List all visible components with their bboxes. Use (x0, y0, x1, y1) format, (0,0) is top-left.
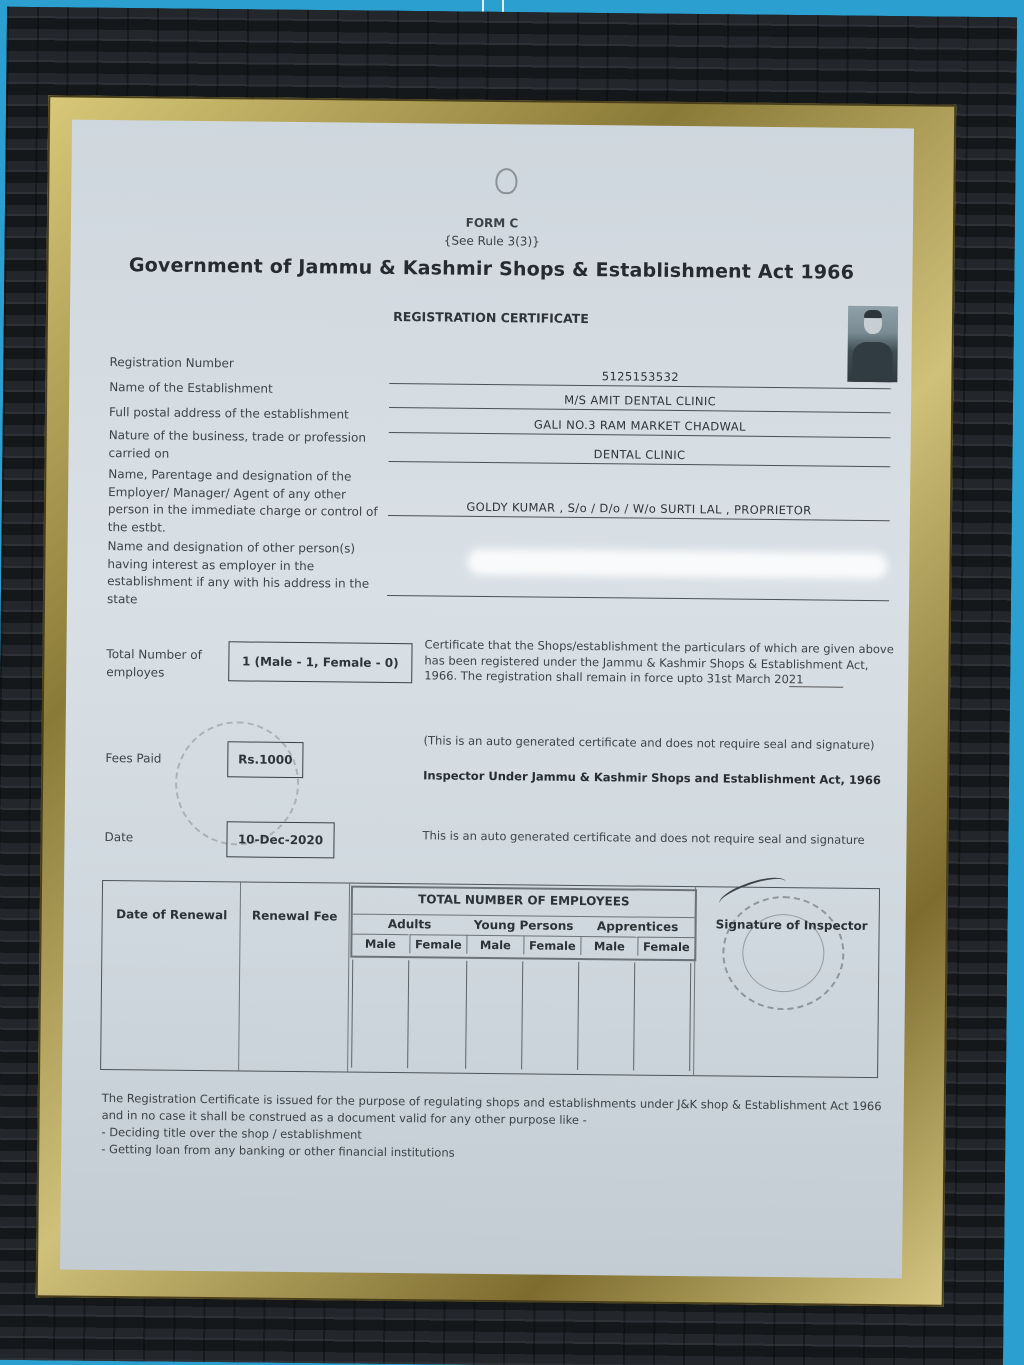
employees-count: 1 (Male - 1, Female - 0) (228, 641, 412, 683)
header-adults-male: Male (352, 934, 408, 954)
fees-label: Fees Paid (105, 750, 161, 768)
header-date-of-renewal: Date of Renewal (107, 907, 237, 922)
field-value-employer-details: GOLDY KUMAR , S/o / D/o / W/o SURTI LAL … (388, 499, 890, 521)
header-total-employees: TOTAL NUMBER OF EMPLOYEES (353, 892, 695, 910)
field-label-establishment-name: Name of the Establishment (109, 379, 369, 399)
field-value-nature-of-business: DENTAL CLINIC (388, 445, 890, 467)
certificate-title: Government of Jammu & Kashmir Shops & Es… (70, 254, 912, 285)
inspector-seal-stamp (722, 895, 845, 1010)
registration-certificate: FORM C {See Rule 3(3)} Government of Jam… (60, 120, 914, 1279)
date-label: Date (104, 829, 133, 847)
certificate-disclaimer: The Registration Certificate is issued f… (101, 1090, 882, 1166)
field-label-other-persons: Name and designation of other person(s) … (107, 538, 386, 611)
employees-header-block: TOTAL NUMBER OF EMPLOYEES Adults Young P… (350, 886, 697, 962)
proprietor-photo (847, 306, 898, 383)
field-value-other-persons (387, 579, 889, 601)
fees-value: Rs.1000 (227, 741, 303, 778)
inspector-designation: Inspector Under Jammu & Kashmir Shops an… (423, 768, 893, 788)
header-renewal-fee: Renewal Fee (243, 908, 347, 923)
certificate-subtitle: REGISTRATION CERTIFICATE (70, 306, 912, 330)
header-apprentices-male: Male (580, 936, 637, 956)
field-label-registration-number: Registration Number (109, 354, 369, 374)
header-apprentices-female: Female (637, 937, 694, 957)
header-young-male: Male (466, 935, 523, 955)
header-adults: Adults (353, 914, 467, 932)
renewal-table: Date of Renewal Renewal Fee TOTAL NUMBER… (100, 880, 880, 1078)
auto-generated-note-2: This is an auto generated certificate an… (422, 828, 892, 848)
field-value-postal-address: GALI NO.3 RAM MARKET CHADWAL (389, 416, 891, 438)
date-value: 10-Dec-2020 (226, 821, 334, 858)
header-young-persons: Young Persons (467, 915, 581, 933)
header-signature-of-inspector: Signature of Inspector (707, 917, 877, 933)
field-label-employer-details: Name, Parentage and designation of the E… (108, 466, 384, 539)
glass-glare (467, 549, 887, 579)
certification-text: Certificate that the Shops/establishment… (424, 637, 894, 688)
header-young-female: Female (523, 935, 580, 955)
employees-label: Total Number of employes (106, 646, 216, 682)
field-value-registration-number: 5125153532 (389, 367, 891, 389)
field-label-postal-address: Full postal address of the establishment (109, 404, 369, 424)
auto-generated-note: (This is an auto generated certificate a… (423, 733, 893, 753)
header-adults-female: Female (409, 934, 466, 954)
header-apprentices: Apprentices (581, 916, 695, 934)
field-label-nature-of-business: Nature of the business, trade or profess… (108, 427, 383, 465)
field-value-establishment-name: M/S AMIT DENTAL CLINIC (389, 391, 891, 413)
state-emblem-icon (495, 168, 517, 194)
validity-year: 21 (789, 672, 844, 688)
